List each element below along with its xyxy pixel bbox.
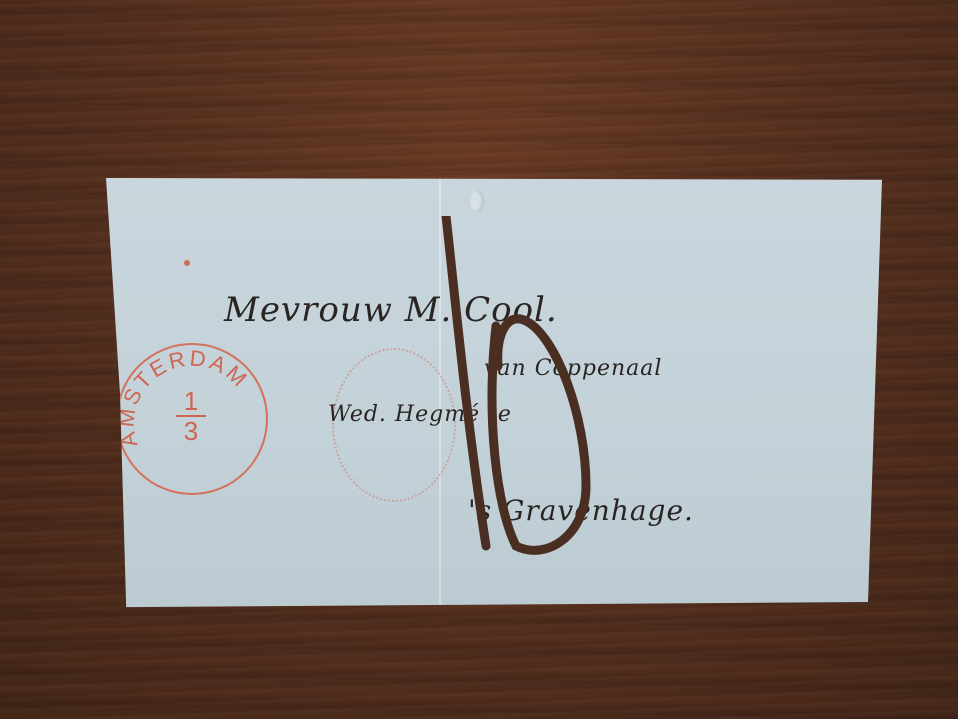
folded-letter: AMSTERDAM 1 3 Mevrouw M. Cool. van Coppe… xyxy=(106,178,882,608)
amsterdam-postmark: AMSTERDAM 1 3 xyxy=(116,343,268,495)
red-ink-mark xyxy=(184,260,190,266)
seal-hole xyxy=(470,190,484,212)
postmark-date: 1 3 xyxy=(176,389,206,443)
rate-marking-10 xyxy=(436,216,606,556)
